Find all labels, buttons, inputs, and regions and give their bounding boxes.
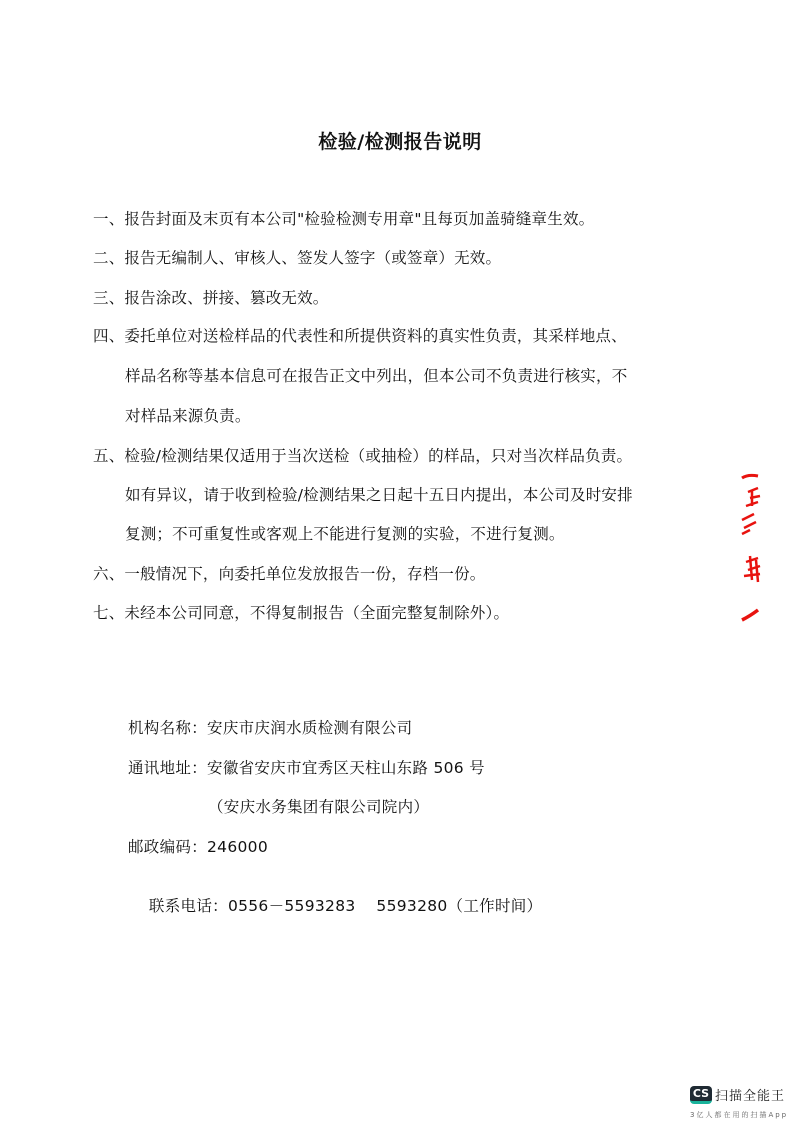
address-row: 通讯地址：安徽省安庆市宜秀区天柱山东路 506 号	[128, 756, 485, 778]
postcode-label: 邮政编码：	[128, 838, 207, 856]
clause-4-line-1: 四、委托单位对送检样品的代表性和所提供资料的真实性负责，其采样地点、	[93, 324, 627, 346]
address-label: 通讯地址：	[128, 759, 207, 777]
clause-5-line-1: 五、检验/检测结果仅适用于当次送检（或抽检）的样品，只对当次样品负责。	[93, 444, 632, 466]
camscanner-name: 扫描全能王	[715, 1085, 785, 1104]
address-note: （安庆水务集团有限公司院内）	[208, 795, 429, 817]
phone-row: 联系电话：0556－5593283 5593280（工作时间）	[128, 876, 542, 934]
phone-value: 0556－5593283 5593280（工作时间）	[228, 897, 542, 915]
clause-3: 三、报告涂改、拼接、篡改无效。	[93, 286, 329, 308]
camscanner-watermark: CS扫描全能王	[690, 1084, 785, 1104]
page-title: 检验/检测报告说明	[0, 127, 800, 154]
address-value: 安徽省安庆市宜秀区天柱山东路 506 号	[207, 759, 485, 777]
clause-2: 二、报告无编制人、审核人、签发人签字（或签章）无效。	[93, 246, 501, 268]
clause-4-line-3: 对样品来源负责。	[125, 404, 251, 426]
postcode-value: 246000	[207, 838, 268, 856]
camscanner-logo-icon: CS	[690, 1086, 712, 1104]
clause-1: 一、报告封面及末页有本公司"检验检测专用章"且每页加盖骑缝章生效。	[93, 207, 594, 229]
red-seal-stamp-icon	[728, 470, 768, 630]
org-name-value: 安庆市庆润水质检测有限公司	[207, 719, 412, 737]
org-name-label: 机构名称：	[128, 719, 207, 737]
clause-7: 七、未经本公司同意，不得复制报告（全面完整复制除外）。	[93, 601, 509, 623]
clause-5-line-2: 如有异议，请于收到检验/检测结果之日起十五日内提出，本公司及时安排	[125, 483, 633, 505]
clause-4-line-2: 样品名称等基本信息可在报告正文中列出，但本公司不负责进行核实，不	[125, 364, 627, 386]
phone-label: 联系电话：	[149, 897, 228, 915]
clause-5-line-3: 复测；不可重复性或客观上不能进行复测的实验，不进行复测。	[125, 522, 565, 544]
camscanner-tagline: 3亿人都在用的扫描App	[690, 1110, 788, 1120]
clause-6: 六、一般情况下，向委托单位发放报告一份，存档一份。	[93, 562, 486, 584]
org-name-row: 机构名称：安庆市庆润水质检测有限公司	[128, 716, 412, 738]
postcode-row: 邮政编码：246000	[128, 835, 268, 857]
